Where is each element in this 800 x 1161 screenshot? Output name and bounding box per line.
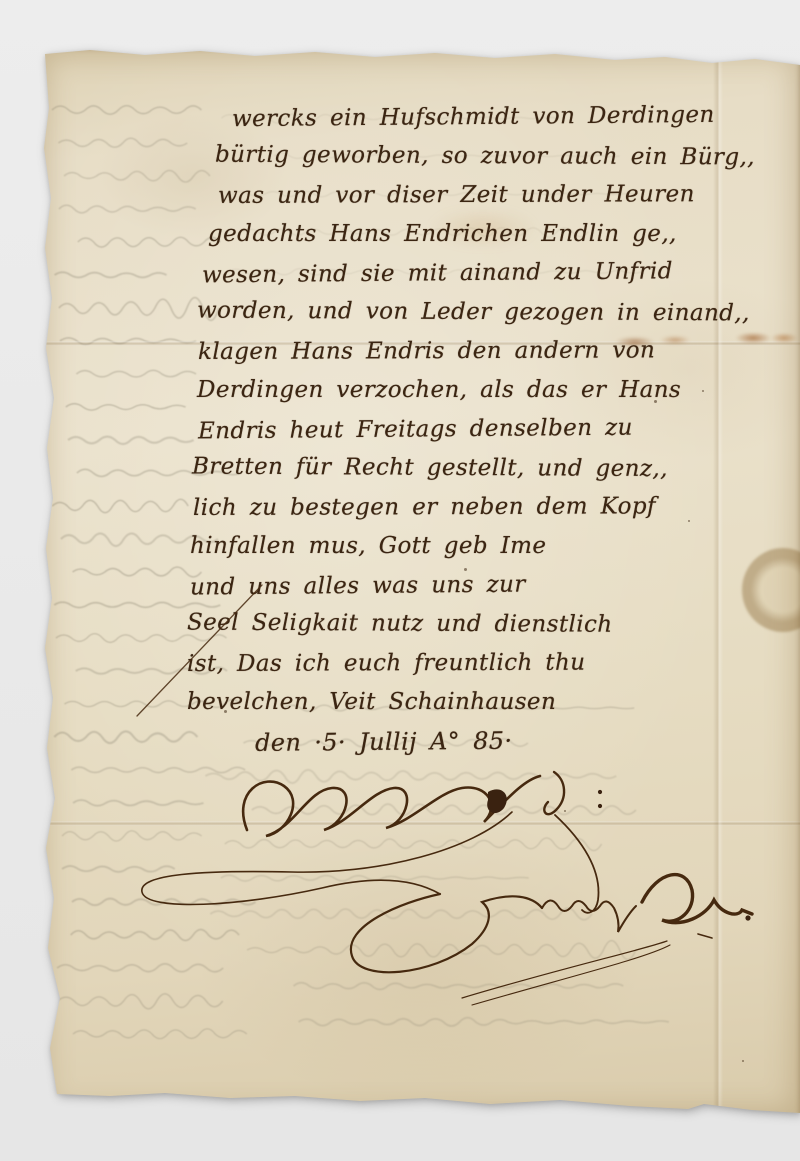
text-line: Seel Seligkait nutz und dienstlich <box>187 603 762 645</box>
manuscript-scan: wercks ein Hufschmidt von Derdingen bürt… <box>0 0 800 1161</box>
colon-dot <box>598 790 602 794</box>
text-line: hinfallen mus, Gott geb Ime <box>187 527 762 566</box>
signature-underline <box>462 941 667 998</box>
flourish-left-loop <box>142 812 512 904</box>
text-line: was und vor diser Zeit under Heuren <box>187 175 762 216</box>
text-line: und uns alles was uns zur <box>187 563 762 607</box>
text-line: Bretten für Recht gestellt, und genz,, <box>187 447 762 489</box>
paraph-s-curve <box>544 772 564 814</box>
text-line: ist, Das ich euch freuntlich thu <box>187 643 762 684</box>
scanner-background: { "document": { "kind": "Handwritten man… <box>0 0 800 1161</box>
signature-minims <box>542 900 636 932</box>
signature-cross-stroke <box>698 934 712 938</box>
manuscript-paper: wercks ein Hufschmidt von Derdingen bürt… <box>40 48 800 1118</box>
ink-speck <box>742 1060 744 1062</box>
text-line: gedachts Hans Endrichen Endlin ge,, <box>187 215 762 254</box>
signature-capital-loop <box>351 894 542 972</box>
flourish-descender <box>555 815 599 913</box>
text-line: wesen, sind sie mit ainand zu Unfrid <box>187 251 762 295</box>
signature-end-flourish <box>642 875 752 923</box>
text-line: wercks ein Hufschmidt von Derdingen <box>187 95 762 139</box>
fold-crease-horizontal-lower <box>40 821 800 826</box>
colon-dot <box>598 804 602 808</box>
text-line: klagen Hans Endris den andern von <box>187 331 762 372</box>
closing-paraph <box>243 776 540 836</box>
text-line: worden, und von Leder gezogen in einand,… <box>187 291 762 333</box>
text-line: bevelchen, Veit Schainhausen <box>187 683 762 722</box>
signature-underline <box>472 945 670 1005</box>
text-line: lich zu bestegen er neben dem Kopf <box>187 487 762 528</box>
ink-speck <box>564 810 566 812</box>
text-line: Derdingen verzochen, als das er Hans <box>187 371 762 410</box>
text-line: bürtig geworben, so zuvor auch ein Bürg,… <box>187 135 762 177</box>
paraph-bold-blob <box>487 789 507 813</box>
date-line: den ·5· Jullij A° 85· <box>187 719 762 763</box>
letter-text-block: wercks ein Hufschmidt von Derdingen bürt… <box>187 98 762 761</box>
ink-blot <box>745 915 750 920</box>
text-line: Endris heut Freitags denselben zu <box>187 407 762 451</box>
